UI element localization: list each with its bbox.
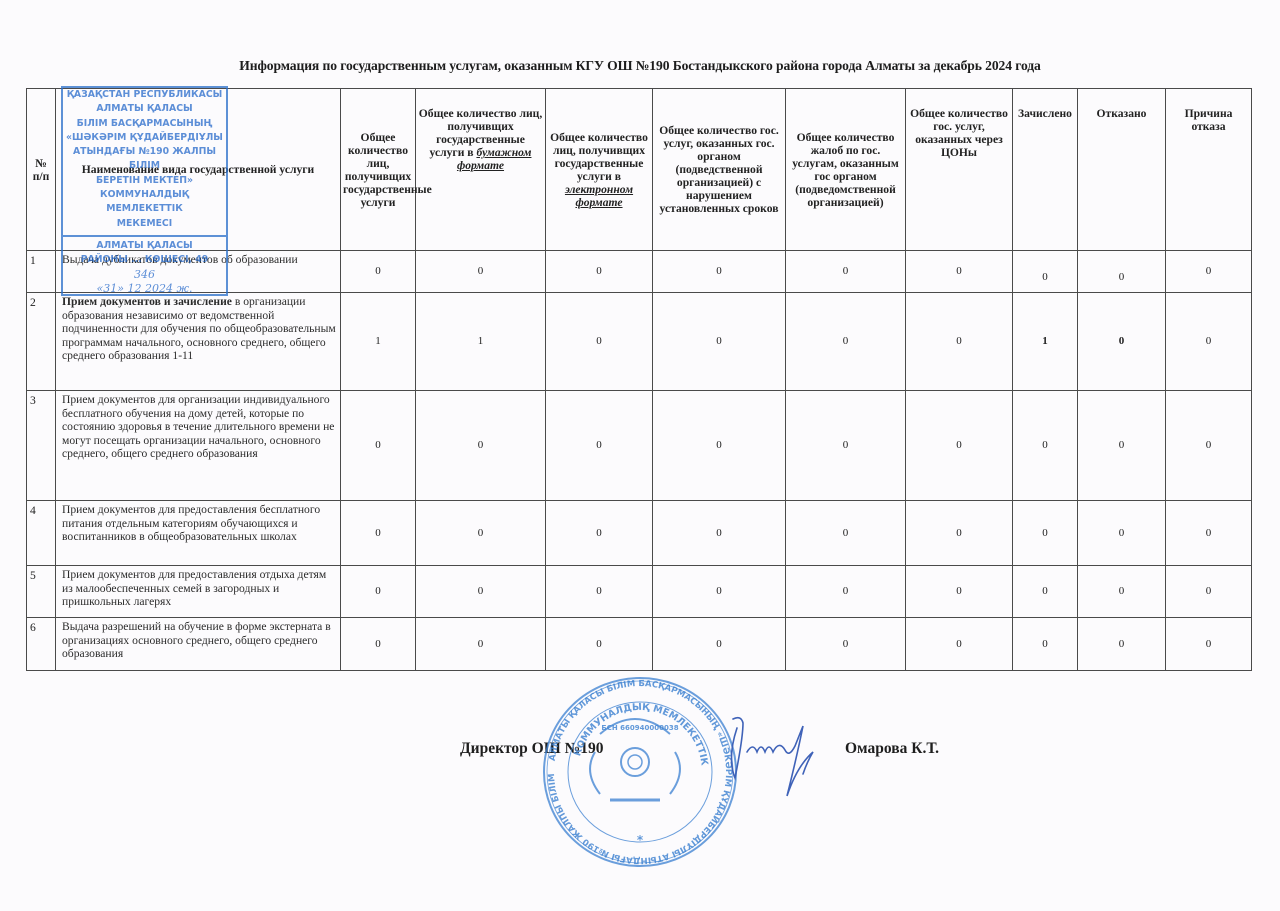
- service-name: Выдача дубликатов документов об образова…: [56, 251, 341, 293]
- cell-value: 0: [786, 566, 906, 618]
- cell-value: 1: [1013, 293, 1078, 391]
- cell-value: 0: [906, 501, 1013, 566]
- cell-value: 1: [416, 293, 546, 391]
- header-complaints: Общее количество жалоб по гос. услугам, …: [786, 89, 906, 251]
- signatory-position: Директор ОШ №190: [460, 740, 603, 758]
- cell-value: 0: [1013, 566, 1078, 618]
- director-signature: [715, 700, 835, 800]
- cell-value: 0: [546, 501, 653, 566]
- cell-value: 0: [653, 293, 786, 391]
- row-index: 4: [27, 501, 56, 566]
- cell-value: 0: [906, 391, 1013, 501]
- header-paper-format: Общее количество лиц, получивщих государ…: [416, 89, 546, 251]
- cell-value: 0: [546, 391, 653, 501]
- cell-value: 0: [341, 501, 416, 566]
- header-refused: Отказано: [1078, 89, 1166, 251]
- cell-value: 0: [653, 391, 786, 501]
- cell-value: 0: [1013, 391, 1078, 501]
- cell-value: 0: [546, 566, 653, 618]
- cell-value: 0: [1078, 251, 1166, 293]
- cell-value: 0: [1078, 293, 1166, 391]
- cell-value: 0: [786, 391, 906, 501]
- header-electronic-format: Общее количество лиц, получивщих государ…: [546, 89, 653, 251]
- table-row: 3 Прием документов для организации индив…: [27, 391, 1252, 501]
- header-deadline-violations: Общее количество гос. услуг, оказанных г…: [653, 89, 786, 251]
- svg-text:БСН 660940000038: БСН 660940000038: [601, 724, 678, 732]
- cell-value: 0: [1078, 501, 1166, 566]
- table-header-row: № п/п Наименование вида государственной …: [27, 89, 1252, 251]
- cell-value: 0: [341, 566, 416, 618]
- table-row: 4 Прием документов для предоставления бе…: [27, 501, 1252, 566]
- service-name: Прием документов для предоставления отды…: [56, 566, 341, 618]
- header-refusal-reason: Причина отказа: [1166, 89, 1252, 251]
- cell-value: 0: [416, 566, 546, 618]
- cell-value: 0: [1013, 501, 1078, 566]
- table-row: 1 Выдача дубликатов документов об образо…: [27, 251, 1252, 293]
- document-title: Информация по государственным услугам, о…: [0, 58, 1280, 74]
- table-row: 2 Прием документов и зачисление в органи…: [27, 293, 1252, 391]
- service-name: Выдача разрешений на обучение в форме эк…: [56, 618, 341, 671]
- cell-value: 0: [416, 501, 546, 566]
- row-index: 2: [27, 293, 56, 391]
- table-row: 5 Прием документов для предоставления от…: [27, 566, 1252, 618]
- cell-value: 0: [653, 501, 786, 566]
- cell-value: 0: [786, 293, 906, 391]
- svg-text:*: *: [637, 833, 644, 847]
- table-row: 6 Выдача разрешений на обучение в форме …: [27, 618, 1252, 671]
- cell-value: 1: [341, 293, 416, 391]
- row-index: 3: [27, 391, 56, 501]
- cell-value: 0: [653, 251, 786, 293]
- cell-value: 0: [1013, 618, 1078, 671]
- cell-value: 0: [546, 618, 653, 671]
- header-total-persons: Общее количество лиц, получивщих государ…: [341, 89, 416, 251]
- round-seal-icon: АЛМАТЫ ҚАЛАСЫ БІЛІМ БАСҚАРМАСЫНЫҢ «ШӘКӘР…: [540, 672, 740, 872]
- services-table: № п/п Наименование вида государственной …: [26, 88, 1252, 671]
- service-name: Прием документов для предоставления бесп…: [56, 501, 341, 566]
- header-enrolled: Зачислено: [1013, 89, 1078, 251]
- header-via-tson: Общее количество гос. услуг, оказанных ч…: [906, 89, 1013, 251]
- cell-value: 0: [546, 251, 653, 293]
- cell-value: 0: [786, 251, 906, 293]
- svg-text:АЛМАТЫ ҚАЛАСЫ БІЛІМ БАСҚАРМАСЫ: АЛМАТЫ ҚАЛАСЫ БІЛІМ БАСҚАРМАСЫНЫҢ «ШӘКӘР…: [540, 672, 733, 865]
- cell-value: 0: [1166, 391, 1252, 501]
- row-index: 6: [27, 618, 56, 671]
- electronic-format-emphasis: электронном формате: [565, 183, 633, 209]
- cell-value: 0: [906, 566, 1013, 618]
- header-service-name: Наименование вида государственной услуги: [56, 89, 341, 251]
- cell-value: 0: [1166, 566, 1252, 618]
- cell-value: 0: [1166, 501, 1252, 566]
- cell-value: 0: [906, 618, 1013, 671]
- row-index: 1: [27, 251, 56, 293]
- cell-value: 0: [653, 566, 786, 618]
- cell-value: 0: [1166, 293, 1252, 391]
- cell-value: 0: [341, 391, 416, 501]
- cell-value: 0: [1013, 251, 1078, 293]
- row-index: 5: [27, 566, 56, 618]
- cell-value: 0: [906, 293, 1013, 391]
- cell-value: 0: [341, 251, 416, 293]
- cell-value: 0: [341, 618, 416, 671]
- cell-value: 0: [786, 618, 906, 671]
- cell-value: 0: [1078, 391, 1166, 501]
- service-name: Прием документов для организации индивид…: [56, 391, 341, 501]
- cell-value: 0: [1166, 251, 1252, 293]
- cell-value: 0: [546, 293, 653, 391]
- service-name: Прием документов и зачисление в организа…: [56, 293, 341, 391]
- signatory-name: Омарова К.Т.: [845, 740, 939, 758]
- cell-value: 0: [1166, 618, 1252, 671]
- cell-value: 0: [906, 251, 1013, 293]
- cell-value: 0: [416, 251, 546, 293]
- cell-value: 0: [1078, 566, 1166, 618]
- cell-value: 0: [416, 618, 546, 671]
- cell-value: 0: [786, 501, 906, 566]
- cell-value: 0: [1078, 618, 1166, 671]
- header-index: № п/п: [27, 89, 56, 251]
- cell-value: 0: [416, 391, 546, 501]
- cell-value: 0: [653, 618, 786, 671]
